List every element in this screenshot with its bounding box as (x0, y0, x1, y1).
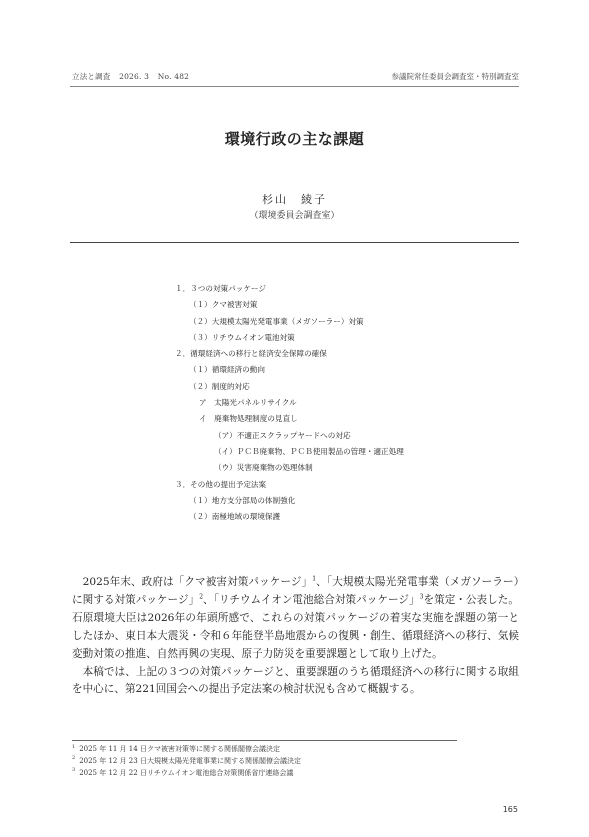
footnote: 22025 年 12 月 23 日大規模太陽光発電事業に関する関係閣僚会議決定 (72, 756, 301, 768)
footnote: 32025 年 12 月 22 日リチウムイオン電池総合対策関係省庁連絡会議 (72, 768, 301, 780)
running-header-right: 参議院常任委員会調査室・特別調査室 (392, 71, 520, 82)
toc-item: （２）南極地域の環境保護 (175, 509, 404, 525)
toc-item: （１）循環経済の動向 (175, 362, 404, 378)
page-number: 165 (503, 805, 518, 814)
toc-item: （ア）不適正スクラップヤードへの対応 (175, 428, 404, 444)
footnote: 12025 年 11 月 14 日クマ被害対策等に関する関係閣僚会議決定 (72, 744, 301, 756)
journal-name: 立法と調査 (72, 72, 111, 81)
toc-item: （２）大規模太陽光発電事業（メガソーラー）対策 (175, 314, 404, 330)
toc-item: （２）制度的対応 (175, 379, 404, 395)
toc-item: （イ）ＰＣＢ廃棄物、ＰＣＢ使用製品の管理・適正処理 (175, 444, 404, 460)
running-header-left: 立法と調査 2026. 3 No. 482 (72, 71, 195, 82)
toc-item: （１）地方支分部局の体制強化 (175, 493, 404, 509)
title-divider (70, 242, 519, 243)
toc-item: イ 廃棄物処理制度の見直し (175, 411, 404, 427)
issue-date: 2026. 3 (119, 72, 149, 81)
toc-item: １．３つの対策パッケージ (175, 281, 404, 297)
article-title: 環境行政の主な課題 (0, 128, 589, 149)
toc-item: ２．循環経済への移行と経済安全保障の確保 (175, 346, 404, 362)
toc-item: （１）クマ被害対策 (175, 297, 404, 313)
toc-item: （ウ）災害廃棄物の処理体制 (175, 460, 404, 476)
toc-item: （３）リチウムイオン電池対策 (175, 330, 404, 346)
footnotes: 12025 年 11 月 14 日クマ被害対策等に関する関係閣僚会議決定 220… (72, 744, 301, 779)
body-paragraph: 本稿では、上記の３つの対策パッケージと、重要課題のうち循環経済への移行に関する取… (72, 664, 519, 700)
author-affiliation: （環境委員会調査室） (0, 208, 589, 221)
toc-item: ３．その他の提出予定法案 (175, 477, 404, 493)
issue-number: No. 482 (158, 72, 189, 81)
toc-item: ア 太陽光パネルリサイクル (175, 395, 404, 411)
footnote-divider (72, 740, 457, 741)
header-divider (70, 86, 519, 87)
table-of-contents: １．３つの対策パッケージ （１）クマ被害対策 （２）大規模太陽光発電事業（メガソ… (175, 281, 404, 525)
body-paragraph: 2025年末、政府は「クマ被害対策パッケージ」1、「大規模太陽光発電事業（メガソ… (72, 574, 519, 664)
article-body: 2025年末、政府は「クマ被害対策パッケージ」1、「大規模太陽光発電事業（メガソ… (72, 574, 519, 699)
author-name: 杉山 綾子 (0, 191, 589, 207)
